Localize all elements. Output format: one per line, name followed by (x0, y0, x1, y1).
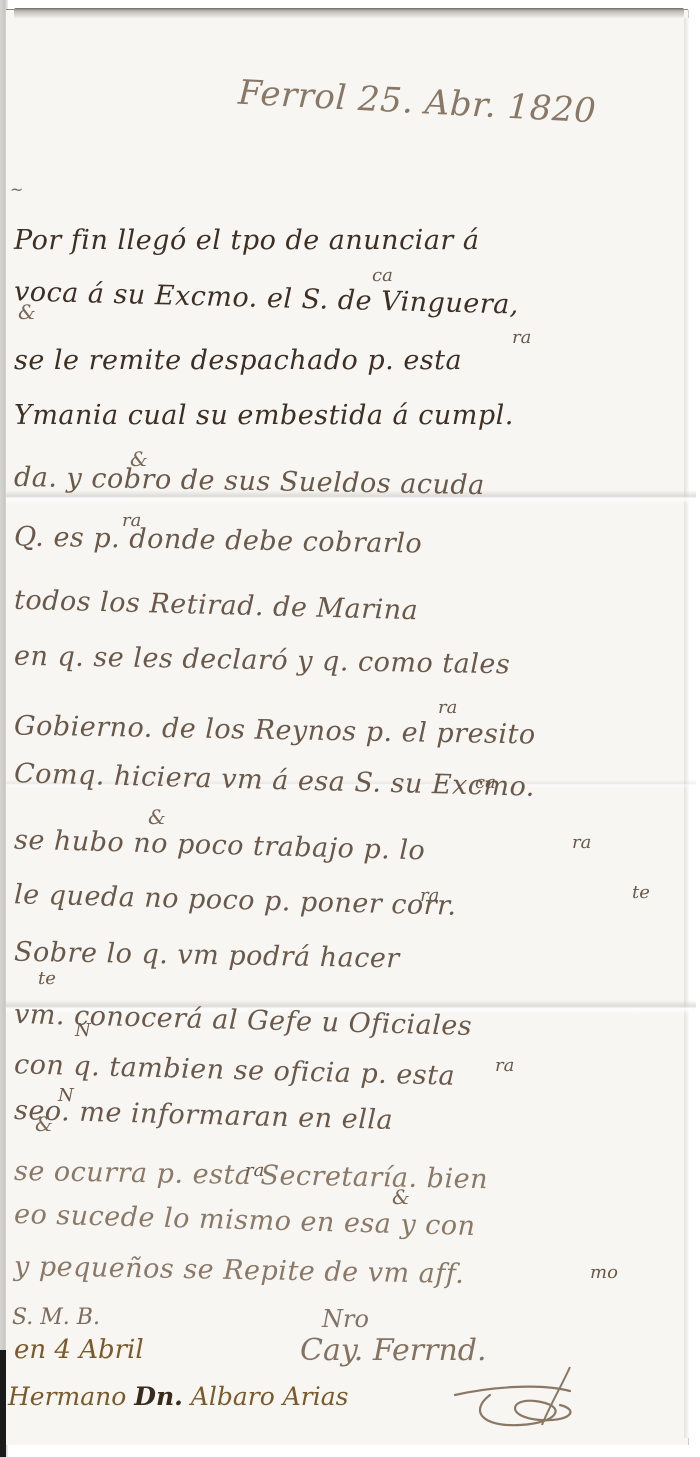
superscript: ra (512, 327, 531, 348)
annotation-title: Dn. (134, 1382, 183, 1411)
superscript: N (58, 1085, 74, 1106)
paper-right-edge (684, 18, 690, 1438)
signature-block: Nro Cay. Ferrnd. (300, 1305, 600, 1445)
superscript: ra (245, 1160, 264, 1181)
superscript: ra (438, 697, 457, 718)
superscript: ra (420, 885, 439, 906)
salutation-mark: ~ (10, 180, 23, 199)
signature-rubric-icon (450, 1365, 590, 1435)
superscript: mo (590, 1262, 618, 1283)
annotation-prefix: Hermano (8, 1382, 126, 1411)
body-line: Ymania cual su embestida á cumpl. (14, 400, 514, 431)
margin-mark: & (392, 1185, 410, 1209)
margin-mark: & (148, 805, 166, 829)
annotation-recipient: Hermano Dn. Albaro Arias (8, 1382, 348, 1411)
superscript: ca (372, 265, 393, 286)
signature-line-1: Nro (322, 1305, 369, 1333)
scanned-document: Ferrol 25. Abr. 1820 ~ Por fin llegó el … (0, 0, 700, 1457)
superscript: ra (495, 1055, 514, 1076)
superscript: ca (475, 772, 496, 793)
signature-name: Cay. Ferrnd. (300, 1333, 487, 1368)
annotation-name: Albaro Arias (191, 1382, 349, 1411)
paper-top-edge (14, 8, 684, 18)
body-line: Por fin llegó el tpo de anunciar á (14, 225, 480, 256)
margin-mark: & (35, 1112, 53, 1136)
superscript: ra (572, 832, 591, 853)
closing-formula: S. M. B. (12, 1305, 100, 1330)
superscript: te (632, 882, 650, 903)
superscript: te (38, 968, 56, 989)
superscript: N (75, 1020, 91, 1041)
annotation-date: en 4 Abril (14, 1335, 144, 1365)
margin-mark: & (130, 447, 148, 471)
margin-mark: & (18, 300, 36, 324)
superscript: ra (122, 510, 141, 531)
body-line: se le remite despachado p. esta (14, 345, 462, 376)
